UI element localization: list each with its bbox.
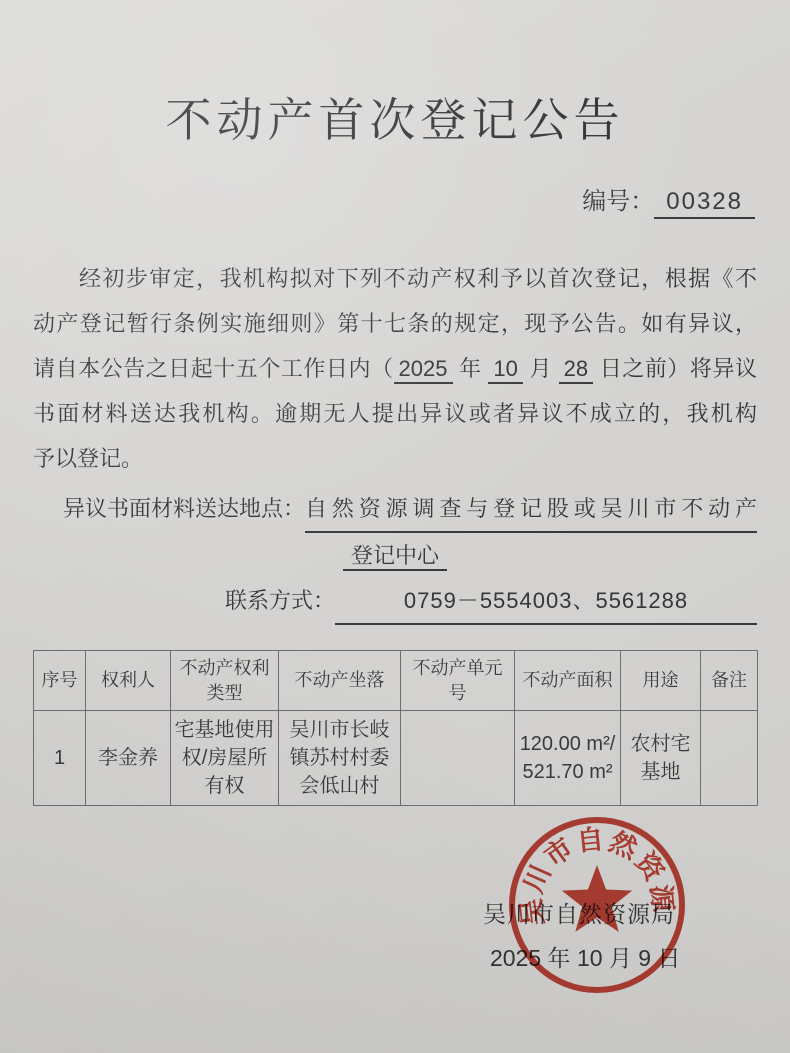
document-number-value: 00328 xyxy=(654,188,755,219)
header-seq: 序号 xyxy=(34,651,86,711)
header-remark: 备注 xyxy=(701,651,758,711)
document-number-label: 编号： xyxy=(582,181,654,216)
document-number: 编号：00328 xyxy=(582,181,755,219)
deadline-month: 10 xyxy=(488,356,522,384)
contact-label: 联系方式： xyxy=(225,578,335,625)
body-line-3: 请自本公告之日起十五个工作日内（2025 年 10 月 28 日之前）将异议 xyxy=(33,346,757,391)
cell-usage: 农村宅基地 xyxy=(621,711,701,806)
deadline-day: 28 xyxy=(559,356,593,384)
cell-seq: 1 xyxy=(34,711,86,806)
registration-table: 序号 权利人 不动产权利类型 不动产坐落 不动产单元号 不动产面积 用途 备注 … xyxy=(33,650,758,806)
header-usage: 用途 xyxy=(621,651,701,711)
table-header-row: 序号 权利人 不动产权利类型 不动产坐落 不动产单元号 不动产面积 用途 备注 xyxy=(34,651,758,711)
body-line-5: 予以登记。 xyxy=(33,436,757,481)
cell-area: 120.00 m²/ 521.70 m² xyxy=(515,711,621,806)
delivery-address-value: 自然资源调查与登记股或吴川市不动产 xyxy=(305,486,757,533)
body-line-4: 书面材料送达我机构。逾期无人提出异议或者异议不成立的，我机构 xyxy=(33,391,757,436)
body-line-2: 动产登记暂行条例实施细则》第十七条的规定，现予公告。如有异议， xyxy=(33,301,757,346)
cell-remark xyxy=(701,711,758,806)
contact-line: 联系方式：0759－5554003、5561288 xyxy=(33,578,757,625)
delivery-contact-section: 异议书面材料送达地点：自然资源调查与登记股或吴川市不动产 登记中心 联系方式：0… xyxy=(33,486,757,625)
header-area: 不动产面积 xyxy=(515,651,621,711)
header-right-type: 不动产权利类型 xyxy=(171,651,279,711)
deadline-year: 2025 xyxy=(394,356,453,384)
header-location: 不动产坐落 xyxy=(279,651,401,711)
document-page: 不动产首次登记公告 编号：00328 经初步审定，我机构拟对下列不动产权利予以首… xyxy=(0,0,790,1053)
header-holder: 权利人 xyxy=(86,651,171,711)
delivery-address-label: 异议书面材料送达地点： xyxy=(33,486,305,533)
delivery-address-line: 异议书面材料送达地点：自然资源调查与登记股或吴川市不动产 xyxy=(33,486,757,533)
delivery-address-value2: 登记中心 xyxy=(343,543,447,571)
year-unit: 年 xyxy=(453,356,489,381)
announcement-body: 经初步审定，我机构拟对下列不动产权利予以首次登记，根据《不 动产登记暂行条例实施… xyxy=(33,256,757,481)
delivery-address-line2: 登记中心 xyxy=(33,533,757,578)
cell-right-type: 宅基地使用权/房屋所有权 xyxy=(171,711,279,806)
month-unit: 月 xyxy=(523,356,559,381)
stamp-star-icon xyxy=(562,865,632,932)
official-stamp: 吴川市自然资源局 xyxy=(502,810,692,1000)
contact-value: 0759－5554003、5561288 xyxy=(335,578,757,625)
cell-location: 吴川市长岐镇苏村村委会低山村 xyxy=(279,711,401,806)
cell-unit-number xyxy=(401,711,515,806)
body-line-1: 经初步审定，我机构拟对下列不动产权利予以首次登记，根据《不 xyxy=(33,256,757,301)
body-line-3-tail: 日之前）将异议 xyxy=(593,356,757,381)
body-line-3-text: 请自本公告之日起十五个工作日内（ xyxy=(33,356,394,381)
table-row: 1 李金养 宅基地使用权/房屋所有权 吴川市长岐镇苏村村委会低山村 120.00… xyxy=(34,711,758,806)
cell-holder: 李金养 xyxy=(86,711,171,806)
page-title: 不动产首次登记公告 xyxy=(0,84,790,150)
header-unit-number: 不动产单元号 xyxy=(401,651,515,711)
